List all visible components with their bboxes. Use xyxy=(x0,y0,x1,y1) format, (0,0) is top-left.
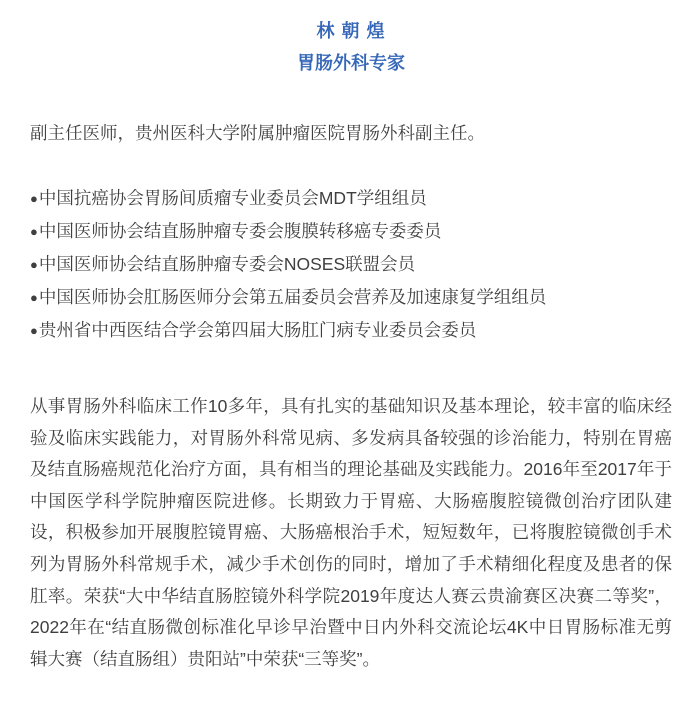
list-item: ●中国抗癌协会胃肠间质瘤专业委员会MDT学组组员 xyxy=(30,182,672,215)
credential-label: 中国医师协会结直肠肿瘤专委会NOSES联盟会员 xyxy=(39,254,415,274)
credential-label: 中国医师协会结直肠肿瘤专委会腹膜转移癌专委委员 xyxy=(39,221,442,241)
bullet-icon: ● xyxy=(30,191,38,206)
intro-paragraph: 副主任医师，贵州医科大学附属肿瘤医院胃肠外科副主任。 xyxy=(30,117,672,149)
list-item: ●中国医师协会结直肠肿瘤专委会腹膜转移癌专委委员 xyxy=(30,215,672,248)
doctor-profile-page: 林 朝 煌 胃肠外科专家 副主任医师，贵州医科大学附属肿瘤医院胃肠外科副主任。 … xyxy=(0,0,700,713)
bio-paragraph: 从事胃肠外科临床工作10多年，具有扎实的基础知识及基本理论，较丰富的临床经验及临… xyxy=(30,391,672,675)
bullet-icon: ● xyxy=(30,323,38,338)
list-item: ●中国医师协会结直肠肿瘤专委会NOSES联盟会员 xyxy=(30,248,672,281)
bullet-icon: ● xyxy=(30,290,38,305)
bullet-icon: ● xyxy=(30,257,38,272)
list-item: ●贵州省中西医结合学会第四届大肠肛门病专业委员会委员 xyxy=(30,314,672,347)
credential-label: 中国医师协会肛肠医师分会第五届委员会营养及加速康复学组组员 xyxy=(39,287,547,307)
doctor-specialty-subtitle: 胃肠外科专家 xyxy=(30,47,672,79)
list-item: ●中国医师协会肛肠医师分会第五届委员会营养及加速康复学组组员 xyxy=(30,281,672,314)
bullet-icon: ● xyxy=(30,224,38,239)
credential-label: 中国抗癌协会胃肠间质瘤专业委员会MDT学组组员 xyxy=(39,188,427,208)
credentials-list: ●中国抗癌协会胃肠间质瘤专业委员会MDT学组组员 ●中国医师协会结直肠肿瘤专委会… xyxy=(30,182,672,347)
doctor-name-title: 林 朝 煌 xyxy=(30,15,672,47)
credential-label: 贵州省中西医结合学会第四届大肠肛门病专业委员会委员 xyxy=(39,320,477,340)
